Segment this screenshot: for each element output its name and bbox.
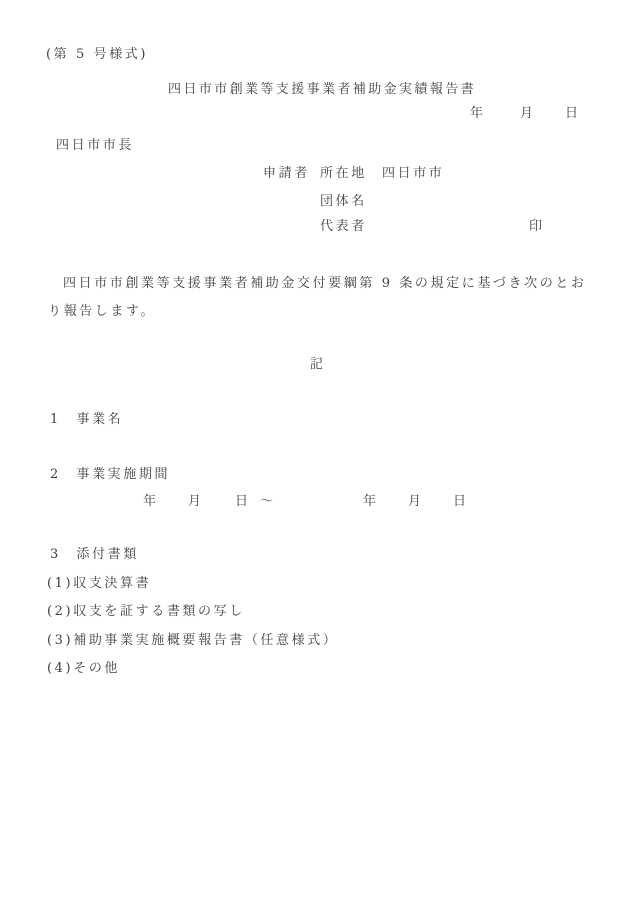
period-start-month-label: 月 — [188, 495, 204, 510]
document-page: (第 5 号様式) 四日市市創業等支援事業者補助金実績報告書 年 月 日 四日市… — [0, 0, 630, 915]
item-2-business-period: 2 事業実施期間 — [50, 468, 170, 483]
document-title: 四日市市創業等支援事業者補助金実績報告書 — [168, 83, 476, 98]
applicant-representative-label: 代表者 — [320, 220, 367, 235]
body-line-2: り報告します。 — [48, 305, 156, 320]
attachment-1: (1)収支決算書 — [47, 577, 151, 592]
item-1-business-name: 1 事業名 — [50, 413, 123, 428]
attachment-4: (4)その他 — [47, 662, 120, 677]
period-start-day-label: 日 — [235, 495, 251, 510]
attachment-3: (3)補助事業実施概要報告書（任意様式） — [47, 634, 338, 649]
date-year-label: 年 — [470, 107, 486, 122]
period-end-month-label: 月 — [408, 495, 424, 510]
body-line-1: 四日市市創業等支援事業者補助金交付要綱第 9 条の規定に基づき次のとお — [63, 277, 587, 292]
item-3-attachments: 3 添付書類 — [50, 548, 139, 563]
seal-label: 印 — [529, 220, 545, 235]
applicant-location-value: 四日市市 — [382, 167, 444, 182]
attachment-2: (2)収支を証する書類の写し — [47, 605, 245, 620]
applicant-label: 申請者 — [263, 167, 310, 182]
period-end-year-label: 年 — [363, 495, 379, 510]
form-number: (第 5 号様式) — [46, 48, 148, 63]
period-end-day-label: 日 — [453, 495, 469, 510]
date-day-label: 日 — [565, 107, 581, 122]
date-month-label: 月 — [520, 107, 536, 122]
period-tilde: ～ — [260, 495, 276, 510]
period-start-year-label: 年 — [143, 495, 159, 510]
ki-heading: 記 — [310, 358, 326, 373]
applicant-org-label: 団体名 — [320, 195, 367, 210]
addressee: 四日市市長 — [56, 139, 134, 154]
applicant-location-label: 所在地 — [320, 167, 367, 182]
